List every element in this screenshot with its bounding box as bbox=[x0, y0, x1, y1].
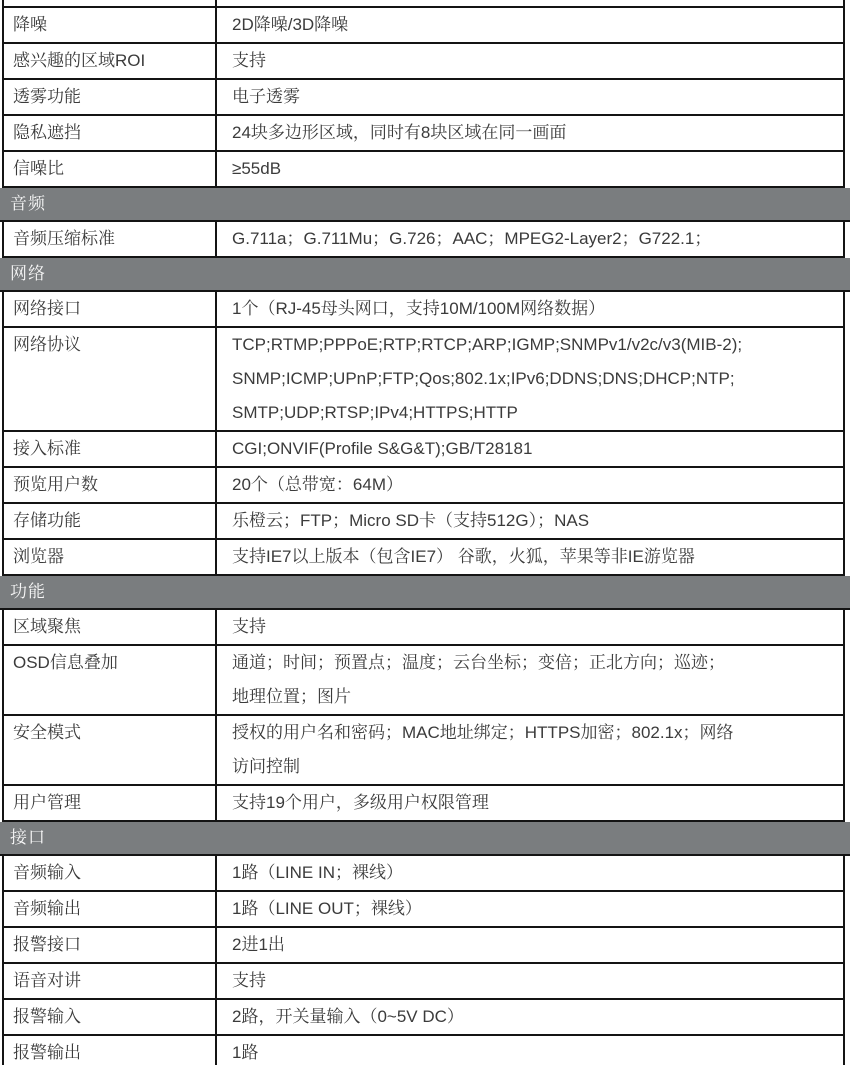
row-label: 安全模式 bbox=[4, 716, 217, 784]
spec-row: 隐私遮挡24块多边形区域，同时有8块区域在同一画面 bbox=[2, 116, 845, 152]
row-value bbox=[217, 0, 843, 6]
row-value: 2D降噪/3D降噪 bbox=[217, 8, 843, 42]
row-label: 浏览器 bbox=[4, 540, 217, 574]
row-value: 支持IE7以上版本（包含IE7） 谷歌，火狐，苹果等非IE游览器 bbox=[217, 540, 843, 574]
table-top-fragment bbox=[2, 0, 845, 8]
spec-row: 语音对讲支持 bbox=[2, 964, 845, 1000]
row-label: 预览用户数 bbox=[4, 468, 217, 502]
spec-row: 网络协议TCP;RTMP;PPPoE;RTP;RTCP;ARP;IGMP;SNM… bbox=[2, 328, 845, 432]
row-value: G.711a；G.711Mu；G.726；AAC；MPEG2-Layer2；G7… bbox=[217, 222, 843, 256]
row-value: CGI;ONVIF(Profile S&G&T);GB/T28181 bbox=[217, 432, 843, 466]
row-value: 1路（LINE OUT；裸线） bbox=[217, 892, 843, 926]
spec-row: 预览用户数20个（总带宽：64M） bbox=[2, 468, 845, 504]
section-header: 接口 bbox=[0, 822, 850, 856]
row-label: 接入标准 bbox=[4, 432, 217, 466]
row-value: 支持 bbox=[217, 610, 843, 644]
row-label: 网络接口 bbox=[4, 292, 217, 326]
spec-row: 降噪2D降噪/3D降噪 bbox=[2, 8, 845, 44]
spec-row: 报警输入2路，开关量输入（0~5V DC） bbox=[2, 1000, 845, 1036]
row-label: 音频输入 bbox=[4, 856, 217, 890]
row-label: OSD信息叠加 bbox=[4, 646, 217, 714]
row-label: 区域聚焦 bbox=[4, 610, 217, 644]
row-label: 降噪 bbox=[4, 8, 217, 42]
row-value: 1路（LINE IN；裸线） bbox=[217, 856, 843, 890]
spec-row: 浏览器支持IE7以上版本（包含IE7） 谷歌，火狐，苹果等非IE游览器 bbox=[2, 540, 845, 576]
row-value: 电子透雾 bbox=[217, 80, 843, 114]
row-label: 语音对讲 bbox=[4, 964, 217, 998]
row-label bbox=[4, 0, 217, 6]
row-value: 通道；时间；预置点；温度；云台坐标；变倍；正北方向；巡迹； 地理位置；图片 bbox=[217, 646, 843, 714]
row-value: 1个（RJ-45母头网口，支持10M/100M网络数据） bbox=[217, 292, 843, 326]
row-value: TCP;RTMP;PPPoE;RTP;RTCP;ARP;IGMP;SNMPv1/… bbox=[217, 328, 843, 430]
section-header: 音频 bbox=[0, 188, 850, 222]
row-label: 网络协议 bbox=[4, 328, 217, 430]
spec-row: 音频压缩标准G.711a；G.711Mu；G.726；AAC；MPEG2-Lay… bbox=[2, 222, 845, 258]
spec-row: 报警输出1路 bbox=[2, 1036, 845, 1065]
spec-table: 降噪2D降噪/3D降噪感兴趣的区域ROI支持透雾功能电子透雾隐私遮挡24块多边形… bbox=[0, 0, 850, 1065]
spec-row: OSD信息叠加通道；时间；预置点；温度；云台坐标；变倍；正北方向；巡迹； 地理位… bbox=[2, 646, 845, 716]
row-label: 信噪比 bbox=[4, 152, 217, 186]
row-value: 乐橙云；FTP；Micro SD卡（支持512G）；NAS bbox=[217, 504, 843, 538]
row-label: 报警输出 bbox=[4, 1036, 217, 1065]
spec-row: 音频输入1路（LINE IN；裸线） bbox=[2, 856, 845, 892]
section-header: 网络 bbox=[0, 258, 850, 292]
row-label: 报警接口 bbox=[4, 928, 217, 962]
row-value: 2进1出 bbox=[217, 928, 843, 962]
row-value: ≥55dB bbox=[217, 152, 843, 186]
row-value: 支持 bbox=[217, 44, 843, 78]
spec-row: 网络接口1个（RJ-45母头网口，支持10M/100M网络数据） bbox=[2, 292, 845, 328]
row-label: 音频压缩标准 bbox=[4, 222, 217, 256]
spec-row: 存储功能乐橙云；FTP；Micro SD卡（支持512G）；NAS bbox=[2, 504, 845, 540]
row-label: 存储功能 bbox=[4, 504, 217, 538]
spec-row: 透雾功能电子透雾 bbox=[2, 80, 845, 116]
section-header: 功能 bbox=[0, 576, 850, 610]
spec-row: 区域聚焦支持 bbox=[2, 610, 845, 646]
row-value: 支持19个用户，多级用户权限管理 bbox=[217, 786, 843, 820]
row-value: 2路，开关量输入（0~5V DC） bbox=[217, 1000, 843, 1034]
spec-row: 报警接口2进1出 bbox=[2, 928, 845, 964]
row-label: 报警输入 bbox=[4, 1000, 217, 1034]
row-label: 感兴趣的区域ROI bbox=[4, 44, 217, 78]
spec-row: 信噪比≥55dB bbox=[2, 152, 845, 188]
spec-row: 安全模式授权的用户名和密码；MAC地址绑定；HTTPS加密；802.1x；网络 … bbox=[2, 716, 845, 786]
row-value: 24块多边形区域，同时有8块区域在同一画面 bbox=[217, 116, 843, 150]
row-label: 用户管理 bbox=[4, 786, 217, 820]
spec-row: 接入标准CGI;ONVIF(Profile S&G&T);GB/T28181 bbox=[2, 432, 845, 468]
spec-row: 音频输出1路（LINE OUT；裸线） bbox=[2, 892, 845, 928]
row-label: 音频输出 bbox=[4, 892, 217, 926]
row-label: 透雾功能 bbox=[4, 80, 217, 114]
row-value: 1路 bbox=[217, 1036, 843, 1065]
row-value: 20个（总带宽：64M） bbox=[217, 468, 843, 502]
spec-row: 感兴趣的区域ROI支持 bbox=[2, 44, 845, 80]
spec-row: 用户管理支持19个用户，多级用户权限管理 bbox=[2, 786, 845, 822]
row-value: 支持 bbox=[217, 964, 843, 998]
row-value: 授权的用户名和密码；MAC地址绑定；HTTPS加密；802.1x；网络 访问控制 bbox=[217, 716, 843, 784]
row-label: 隐私遮挡 bbox=[4, 116, 217, 150]
